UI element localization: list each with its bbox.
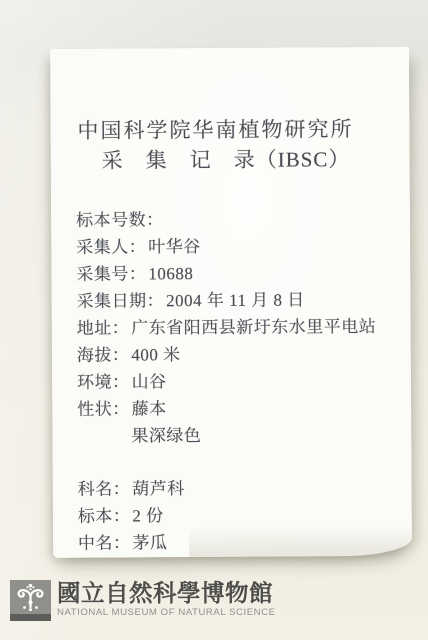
field-value: 山谷 <box>131 372 166 391</box>
museum-name-zh: 國立自然科學博物館 <box>57 580 276 606</box>
institution-title: 中国科学院华南植物研究所 <box>77 117 409 143</box>
field-row-habitat: 环境：山谷 <box>52 367 411 396</box>
field-row-collection-date: 采集日期：2004 年 11 月 8 日 <box>51 286 410 315</box>
field-value: 茅瓜 <box>132 533 167 552</box>
field-value: 400 米 <box>131 345 180 364</box>
field-row-habit: 性状：藤本 <box>52 394 411 423</box>
field-value: 广东省阳西县新圩东水里平电站 <box>131 317 376 337</box>
field-row-duplicates: 标本：2 份 <box>53 501 412 530</box>
field-row-family: 科名：葫芦科 <box>53 474 412 503</box>
field-row-habit-continued: 果深绿色 <box>52 421 411 450</box>
field-label: 环境： <box>77 373 130 392</box>
field-row-collector: 采集人：叶华谷 <box>51 232 410 261</box>
identification-fields: 科名：葫芦科 标本：2 份 中名：茅瓜 <box>53 474 412 557</box>
field-value: 10688 <box>148 264 193 283</box>
field-row-locality: 地址：广东省阳西县新圩东水里平电站 <box>52 313 411 342</box>
museum-name-en: NATIONAL MUSEUM OF NATURAL SCIENCE <box>57 607 276 618</box>
museum-watermark: 國立自然科學博物館 NATIONAL MUSEUM OF NATURAL SCI… <box>10 580 276 621</box>
field-label: 海拔： <box>77 346 130 365</box>
field-value: 葫芦科 <box>132 479 185 498</box>
plant-emblem-glyph <box>13 581 48 615</box>
field-label: 性状： <box>77 400 130 419</box>
field-value: 藤本 <box>132 399 167 418</box>
field-label: 采集号： <box>76 264 146 283</box>
specimen-photo: { "photo": { "backdrop_top_color": "#e8e… <box>0 0 428 640</box>
field-label: 科名： <box>78 480 131 499</box>
museum-name-block: 國立自然科學博物館 NATIONAL MUSEUM OF NATURAL SCI… <box>57 580 276 618</box>
field-value: 果深绿色 <box>131 426 201 445</box>
collection-fields: 标本号数： 采集人：叶华谷 采集号：10688 采集日期：2004 年 11 月… <box>51 205 411 450</box>
field-label: 采集人： <box>76 237 146 256</box>
plant-emblem-icon <box>10 580 51 621</box>
field-row-chinese-name: 中名：茅瓜 <box>53 528 412 557</box>
logo-base-bar <box>10 614 51 621</box>
specimen-label-card: 中国科学院华南植物研究所 采 集 记 录（IBSC） 标本号数： 采集人：叶华谷… <box>50 47 412 558</box>
record-title: 采 集 记 录（IBSC） <box>102 147 410 173</box>
field-label: 地址： <box>77 319 130 338</box>
field-value: 2 份 <box>132 506 163 525</box>
field-value: 叶华谷 <box>148 237 201 256</box>
field-row-altitude: 海拔：400 米 <box>52 340 411 369</box>
field-row-collection-number: 采集号：10688 <box>51 259 410 288</box>
field-label: 中名： <box>78 534 131 553</box>
field-label: 标本号数： <box>76 210 164 230</box>
field-label: 标本： <box>78 507 131 526</box>
field-value: 2004 年 11 月 8 日 <box>166 290 305 310</box>
field-label: 采集日期： <box>76 291 164 311</box>
field-row-specimen-count: 标本号数： <box>51 205 410 234</box>
